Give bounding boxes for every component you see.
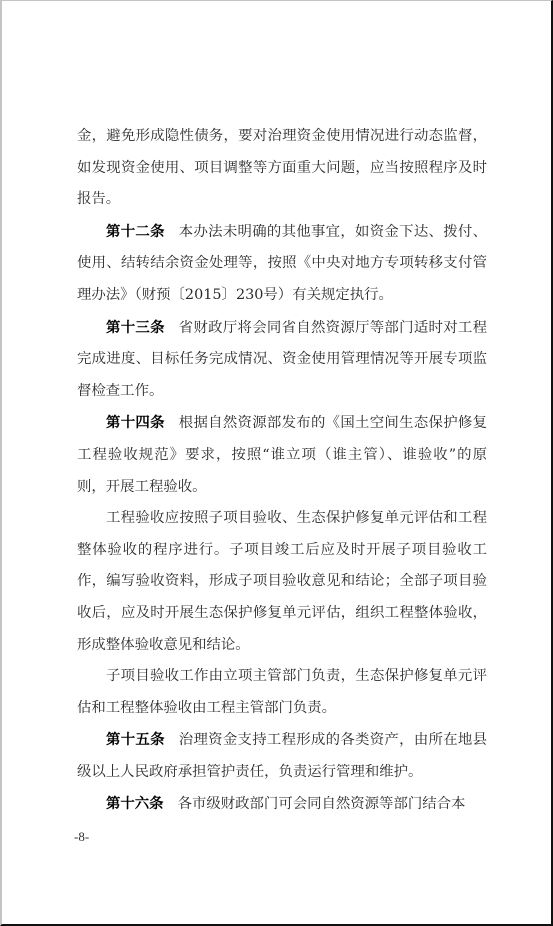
paragraph-continuation: 金，避免形成隐性债务，要对治理资金使用情况进行动态监督，如发现资金使用、项目调整… <box>77 121 487 216</box>
article-heading: 第十六条 <box>106 795 164 812</box>
article-16: 第十六条各市级财政部门可会同自然资源等部门结合本 <box>77 788 487 821</box>
paragraph-text: 各市级财政部门可会同自然资源等部门结合本 <box>178 796 466 812</box>
article-heading: 第十三条 <box>106 319 165 336</box>
article-heading: 第十四条 <box>106 414 165 431</box>
article-heading: 第十二条 <box>106 223 165 240</box>
article-14-acceptance-procedure: 工程验收应按照子项目验收、生态保护修复单元评估和工程整体验收的程序进行。子项目竣… <box>77 503 487 661</box>
article-heading: 第十五条 <box>106 731 165 748</box>
document-page: 金，避免形成隐性债务，要对治理资金使用情况进行动态监督，如发现资金使用、项目调整… <box>0 0 553 926</box>
paragraph-text: 工程验收应按照子项目验收、生态保护修复单元评估和工程整体验收的程序进行。子项目竣… <box>77 510 487 652</box>
paragraph-text: 子项目验收工作由立项主管部门负责，生态保护修复单元评估和工程整体验收由工程主管部… <box>77 668 487 716</box>
article-12: 第十二条本办法未明确的其他事宜，如资金下达、拨付、使用、结转结余资金处理等，按照… <box>77 216 487 312</box>
article-13: 第十三条省财政厅将会同省自然资源厅等部门适时对工程完成进度、目标任务完成情况、资… <box>77 312 487 408</box>
page-number: -8- <box>74 829 89 845</box>
article-15: 第十五条治理资金支持工程形成的各类资产，由所在地县级以上人民政府承担管护责任，负… <box>77 724 487 788</box>
article-14-responsibility: 子项目验收工作由立项主管部门负责，生态保护修复单元评估和工程整体验收由工程主管部… <box>77 661 487 724</box>
article-14: 第十四条根据自然资源部发布的《国土空间生态保护修复工程验收规范》要求，按照“谁立… <box>77 407 487 503</box>
document-body: 金，避免形成隐性债务，要对治理资金使用情况进行动态监督，如发现资金使用、项目调整… <box>77 121 487 821</box>
paragraph-text: 金，避免形成隐性债务，要对治理资金使用情况进行动态监督，如发现资金使用、项目调整… <box>77 128 487 207</box>
